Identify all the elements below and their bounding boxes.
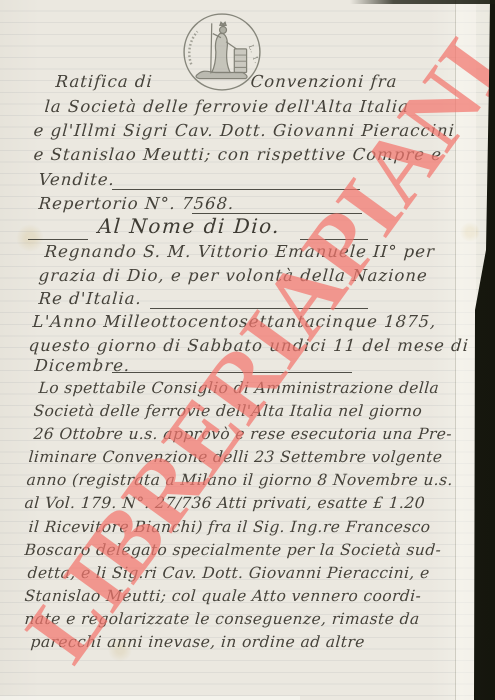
document-scan: L. 1. Ratifica di Convenzioni fra la Soc…: [0, 0, 495, 700]
manuscript-line: Vendite.: [38, 170, 116, 189]
stamp-arc-text-marks: [189, 32, 197, 65]
manuscript-line: la Società delle ferrovie dell'Alta Ital…: [44, 97, 410, 116]
manuscript-heading: Al Nome di Dio.: [97, 214, 281, 238]
allegorical-figure: [196, 22, 247, 78]
ink-rule: [28, 239, 88, 240]
manuscript-line: Re d'Italia.: [38, 289, 142, 308]
scan-dark-edge-top: [350, 0, 495, 4]
scan-bottom-edge: [0, 696, 300, 700]
manuscript-line: Repertorio N°. 7568.: [38, 194, 235, 213]
manuscript-line: Ratifica di: [55, 72, 153, 91]
